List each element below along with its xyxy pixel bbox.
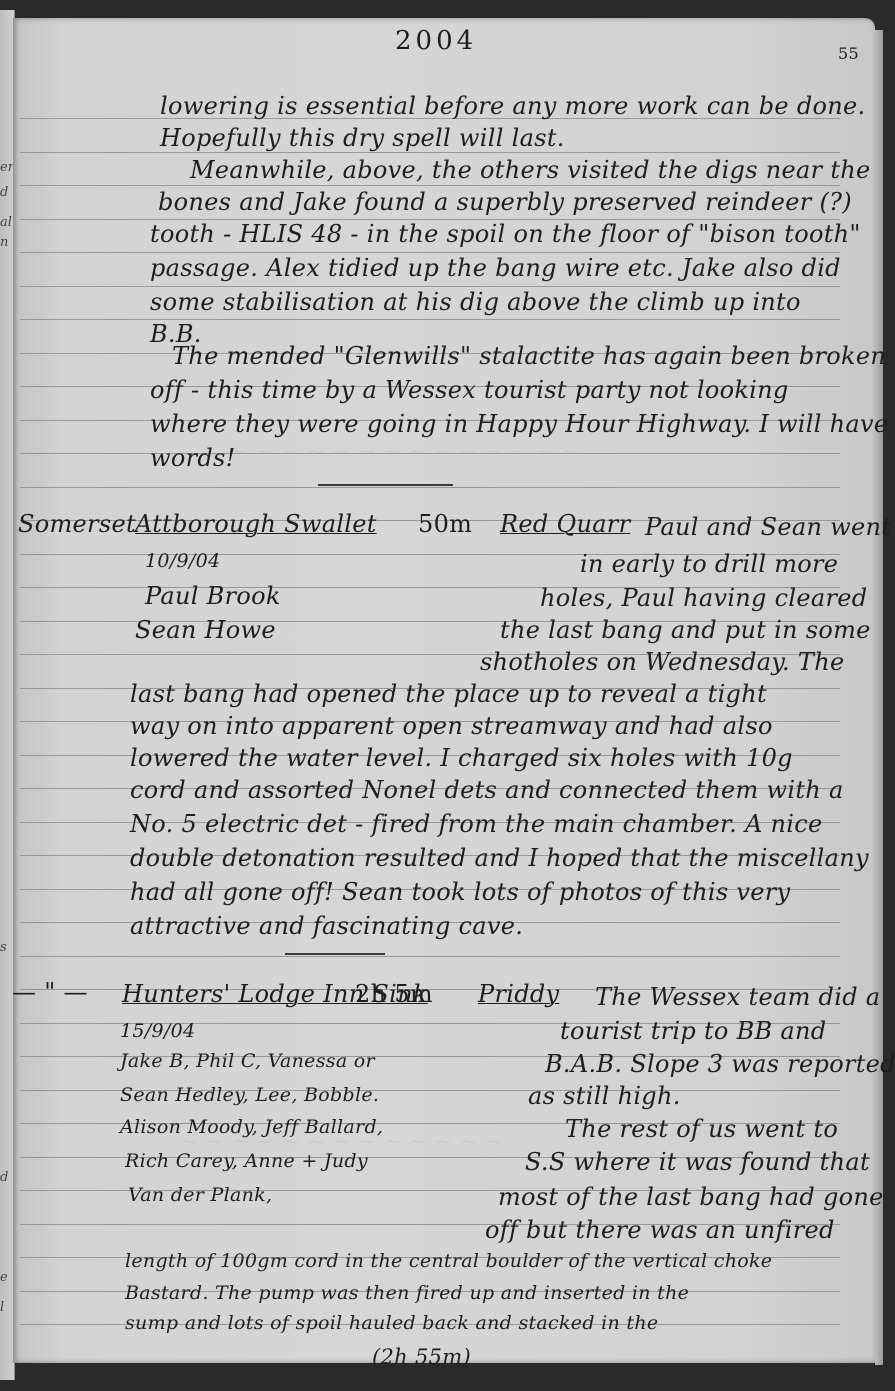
text-line: The mended "Glenwills" stalactite has ag… xyxy=(172,342,886,370)
entry-person: Alison Moody, Jeff Ballard, xyxy=(120,1116,383,1138)
text-line: cord and assorted Nonel dets and connect… xyxy=(130,776,844,804)
entry-person: Sean Hedley, Lee, Bobble. xyxy=(120,1084,379,1106)
text-line: Bastard. The pump was then fired up and … xyxy=(125,1282,689,1304)
margin-fragment: l xyxy=(0,1300,4,1315)
side-text-line: shotholes on Wednesday. The xyxy=(480,648,844,676)
text-line: words! xyxy=(150,444,236,472)
entry-date: 10/9/04 xyxy=(145,550,220,572)
text-line: Hopefully this dry spell will last. xyxy=(160,124,565,152)
page-year: 2004 xyxy=(395,26,477,56)
ruled-line xyxy=(20,185,840,186)
ruled-line xyxy=(20,487,840,488)
text-line: length of 100gm cord in the central boul… xyxy=(125,1250,772,1272)
entry-person: Van der Plank, xyxy=(128,1184,272,1206)
text-line: where they were going in Happy Hour High… xyxy=(150,410,888,438)
text-line: last bang had opened the place up to rev… xyxy=(130,680,767,708)
text-line: Meanwhile, above, the others visited the… xyxy=(190,156,871,184)
ruled-line xyxy=(20,956,840,957)
ruled-line xyxy=(20,286,840,287)
margin-fragment: d xyxy=(0,1170,8,1185)
side-text-line: most of the last bang had gone xyxy=(498,1183,884,1211)
side-text-line: Paul and Sean went xyxy=(645,513,891,541)
text-line: No. 5 electric det - fired from the main… xyxy=(130,810,823,838)
bleed-through-text: ~ ~ ~ ~ ~ ~ ~ ~ ~ ~ ~ ~ ~ ~ xyxy=(230,440,579,465)
margin-fragment: n xyxy=(0,235,8,250)
side-text-line: as still high. xyxy=(528,1082,681,1110)
side-text-line: holes, Paul having cleared xyxy=(540,584,867,612)
ruled-line xyxy=(20,252,840,253)
entry-region: — " — xyxy=(12,978,88,1006)
side-text-line: The Wessex team did a xyxy=(595,983,880,1011)
entry-person: Rich Carey, Anne + Judy xyxy=(125,1150,368,1172)
side-text-line: in early to drill more xyxy=(580,550,838,578)
side-text-line: B.A.B. Slope 3 was reported xyxy=(545,1050,895,1078)
text-line: lowered the water level. I charged six h… xyxy=(130,744,793,772)
text-line: double detonation resulted and I hoped t… xyxy=(130,844,869,872)
margin-fragment: s xyxy=(0,940,7,955)
entry-cave-name: Attborough Swallet xyxy=(135,510,377,538)
text-line: attractive and fascinating cave. xyxy=(130,912,523,940)
entry-duration: 2h 5m xyxy=(355,980,433,1008)
side-text-line: The rest of us went to xyxy=(565,1115,838,1143)
entry-person: Paul Brook xyxy=(145,582,281,610)
side-text-line: S.S where it was found that xyxy=(525,1148,870,1176)
page-stack-edge xyxy=(875,30,883,1365)
entry-person: Jake B, Phil C, Vanessa or xyxy=(120,1050,375,1072)
entry-duration: 50m xyxy=(418,510,472,538)
text-line: lowering is essential before any more wo… xyxy=(160,92,865,120)
notebook-photo: er d al n s d e l ~ ~ ~ ~ ~ ~ ~ ~ ~ ~ ~ … xyxy=(0,0,895,1391)
entry-date: 15/9/04 xyxy=(120,1020,195,1042)
ruled-line xyxy=(20,152,840,153)
text-line: passage. Alex tidied up the bang wire et… xyxy=(150,254,841,282)
entry-region: Somerset xyxy=(18,510,136,538)
text-line: some stabilisation at his dig above the … xyxy=(150,288,801,316)
entry-total-duration: (2h 55m) xyxy=(372,1345,471,1369)
margin-fragment: er xyxy=(0,160,14,175)
entry-person: Sean Howe xyxy=(135,616,276,644)
side-text-line: tourist trip to BB and xyxy=(560,1017,826,1045)
side-text-line: the last bang and put in some xyxy=(500,616,871,644)
ruled-line xyxy=(20,319,840,320)
text-line: sump and lots of spoil hauled back and s… xyxy=(125,1312,658,1334)
text-line: way on into apparent open streamway and … xyxy=(130,712,773,740)
entry-label: Priddy xyxy=(478,980,559,1008)
text-line: off - this time by a Wessex tourist part… xyxy=(150,376,789,404)
margin-fragment: e xyxy=(0,1270,8,1285)
side-text-line: off but there was an unfired xyxy=(485,1216,835,1244)
text-line: bones and Jake found a superbly preserve… xyxy=(158,188,852,216)
page-number: 55 xyxy=(838,44,859,63)
text-line: had all gone off! Sean took lots of phot… xyxy=(130,878,790,906)
entry-label: Red Quarr xyxy=(500,510,630,538)
text-line: tooth - HLIS 48 - in the spoil on the fl… xyxy=(150,220,861,248)
margin-fragment: d xyxy=(0,185,8,200)
entry-separator xyxy=(285,953,385,955)
entry-separator xyxy=(318,484,453,486)
margin-fragment: al xyxy=(0,215,12,230)
